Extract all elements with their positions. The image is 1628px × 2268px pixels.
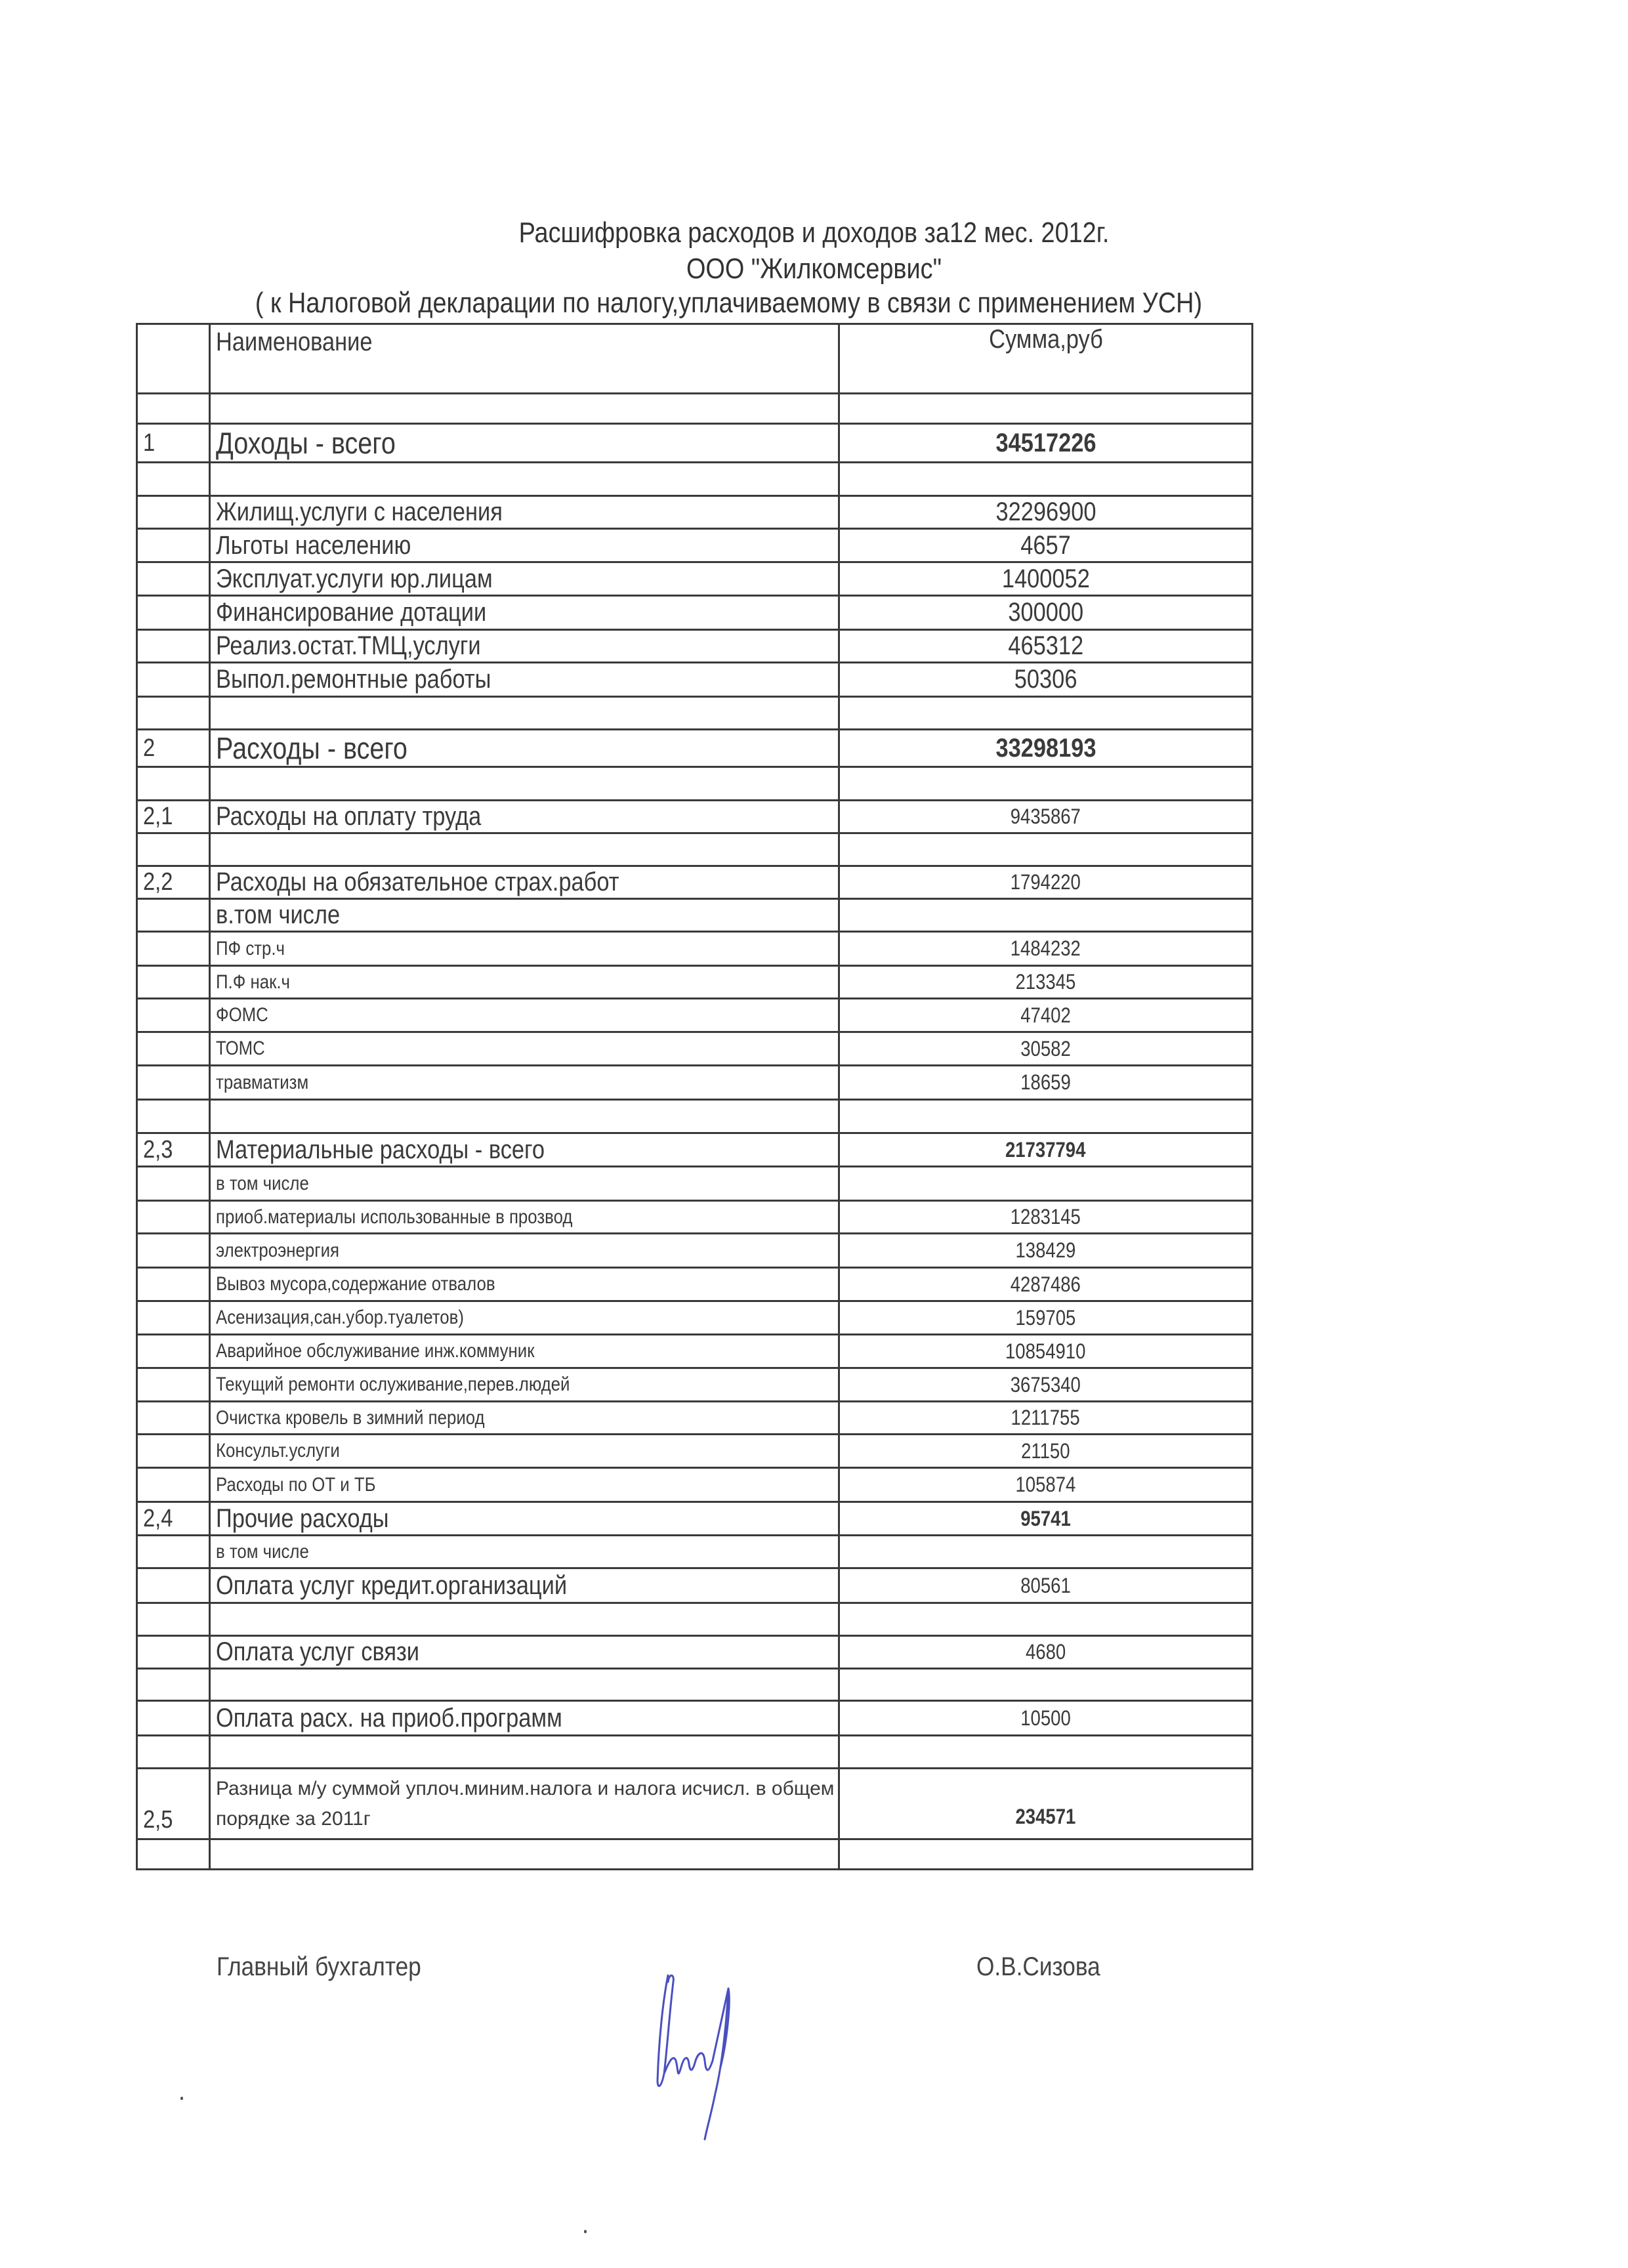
row-name: травматизм (210, 1066, 839, 1100)
row-name (210, 697, 839, 730)
row-name (210, 1839, 839, 1870)
row-name: Разница м/у суммой уплоч.миним.налога и … (210, 1769, 839, 1839)
table-row: 2,4Прочие расходы95741 (137, 1502, 1253, 1536)
row-number (137, 767, 210, 801)
row-name: Реализ.остат.ТМЦ,услуги (210, 630, 839, 663)
row-amount (839, 1100, 1253, 1133)
row-number (137, 833, 210, 866)
row-amount (839, 1736, 1253, 1769)
row-name: Оплата расх. на приоб.программ (210, 1701, 839, 1736)
row-name: ФОМС (210, 999, 839, 1032)
row-name: Материальные расходы - всего (210, 1133, 839, 1167)
signatory-role: Главный бухгалтер (217, 1952, 449, 1982)
row-amount: 3675340 (839, 1368, 1253, 1402)
table-row: Расходы по ОТ и ТБ105874 (137, 1468, 1253, 1502)
table-row: электроэнергия138429 (137, 1234, 1253, 1268)
row-number: 2,2 (137, 866, 210, 899)
row-number: 2,4 (137, 1502, 210, 1536)
row-amount (839, 1603, 1253, 1636)
table-row (137, 463, 1253, 496)
row-amount (839, 1167, 1253, 1201)
row-amount: 4657 (839, 529, 1253, 562)
row-name: Прочие расходы (210, 1502, 839, 1536)
row-number (137, 1568, 210, 1603)
row-amount: 4287486 (839, 1268, 1253, 1301)
row-number (137, 932, 210, 966)
row-amount: 1211755 (839, 1402, 1253, 1435)
document-title: Расшифровка расходов и доходов за12 мес.… (114, 217, 1514, 249)
table-row: Очистка кровель в зимний период1211755 (137, 1402, 1253, 1435)
table-row: 2,5Разница м/у суммой уплоч.миним.налога… (137, 1769, 1253, 1839)
table-row: 2,3Материальные расходы - всего21737794 (137, 1133, 1253, 1167)
row-number (137, 663, 210, 697)
row-name (210, 394, 839, 424)
row-amount: 30582 (839, 1032, 1253, 1066)
row-amount: 34517226 (839, 424, 1253, 463)
row-number (137, 1536, 210, 1568)
table-row: приоб.материалы использованные в прозвод… (137, 1201, 1253, 1234)
scan-speck (180, 2097, 183, 2100)
scan-speck (584, 2230, 587, 2233)
table-row: в том числе (137, 1536, 1253, 1568)
row-name: Расходы на оплату труда (210, 801, 839, 833)
row-amount: 138429 (839, 1234, 1253, 1268)
row-name: электроэнергия (210, 1234, 839, 1268)
table-row: ПФ стр.ч1484232 (137, 932, 1253, 966)
header-number-cell (137, 324, 210, 394)
row-number: 2,3 (137, 1133, 210, 1167)
row-name (210, 1603, 839, 1636)
row-name: Аварийное обслуживание инж.коммуник (210, 1335, 839, 1368)
table-row (137, 1669, 1253, 1701)
row-number (137, 562, 210, 596)
row-number: 1 (137, 424, 210, 463)
row-amount: 1794220 (839, 866, 1253, 899)
row-number (137, 1201, 210, 1234)
table-row: ТОМС30582 (137, 1032, 1253, 1066)
row-amount (839, 767, 1253, 801)
table-row: Консульт.услуги21150 (137, 1435, 1253, 1468)
row-number (137, 529, 210, 562)
row-number (137, 1301, 210, 1335)
row-amount: 10854910 (839, 1335, 1253, 1368)
row-amount: 21150 (839, 1435, 1253, 1468)
table-row: Эксплуат.услуги юр.лицам1400052 (137, 562, 1253, 596)
header-amount-cell: Сумма,руб (839, 324, 1253, 394)
table-row (137, 1100, 1253, 1133)
table-row: Текущий ремонти ослуживание,перев.людей3… (137, 1368, 1253, 1402)
row-name: Расходы - всего (210, 730, 839, 767)
table-row: Вывоз мусора,содержание отвалов4287486 (137, 1268, 1253, 1301)
table-row: Оплата услуг кредит.организаций80561 (137, 1568, 1253, 1603)
row-name: Финансирование дотации (210, 596, 839, 630)
row-amount (839, 1536, 1253, 1568)
row-amount: 213345 (839, 966, 1253, 999)
income-expense-table: Наименование Сумма,руб 1Доходы - всего34… (136, 323, 1253, 1870)
row-amount: 105874 (839, 1468, 1253, 1502)
row-number (137, 1603, 210, 1636)
row-number (137, 1736, 210, 1769)
row-number: 2,5 (137, 1769, 210, 1839)
table-row: 2Расходы - всего33298193 (137, 730, 1253, 767)
table-header-row: Наименование Сумма,руб (137, 324, 1253, 394)
table-row: в том числе (137, 1167, 1253, 1201)
row-amount: 47402 (839, 999, 1253, 1032)
table-row: 1Доходы - всего34517226 (137, 424, 1253, 463)
row-amount (839, 394, 1253, 424)
table-row: Оплата расх. на приоб.программ10500 (137, 1701, 1253, 1736)
row-name: Вывоз мусора,содержание отвалов (210, 1268, 839, 1301)
table-row: 2,1Расходы на оплату труда9435867 (137, 801, 1253, 833)
row-number (137, 966, 210, 999)
table-row (137, 1839, 1253, 1870)
row-amount: 300000 (839, 596, 1253, 630)
row-name: Доходы - всего (210, 424, 839, 463)
row-amount: 32296900 (839, 496, 1253, 529)
row-number (137, 496, 210, 529)
row-number (137, 1167, 210, 1201)
row-name: приоб.материалы использованные в прозвод (210, 1201, 839, 1234)
row-number: 2 (137, 730, 210, 767)
table-row: Финансирование дотации300000 (137, 596, 1253, 630)
row-number (137, 1032, 210, 1066)
row-number (137, 899, 210, 932)
table-row: ФОМС47402 (137, 999, 1253, 1032)
row-name (210, 833, 839, 866)
row-number (137, 1335, 210, 1368)
row-name: Оплата услуг кредит.организаций (210, 1568, 839, 1603)
row-name (210, 767, 839, 801)
row-amount (839, 833, 1253, 866)
table-row: 2,2Расходы на обязательное страх.работ17… (137, 866, 1253, 899)
table-row: в.том числе (137, 899, 1253, 932)
row-name: Жилищ.услуги с населения (210, 496, 839, 529)
row-number (137, 999, 210, 1032)
table-row: Реализ.остат.ТМЦ,услуги465312 (137, 630, 1253, 663)
row-name (210, 1669, 839, 1701)
row-name: Расходы на обязательное страх.работ (210, 866, 839, 899)
table-row (137, 1736, 1253, 1769)
row-number (137, 1402, 210, 1435)
document-subtitle: ( к Налоговой декларации по налогу,уплач… (29, 287, 1429, 320)
row-name: Оплата услуг связи (210, 1636, 839, 1669)
row-amount: 18659 (839, 1066, 1253, 1100)
row-name: Очистка кровель в зимний период (210, 1402, 839, 1435)
row-number (137, 596, 210, 630)
row-name: Расходы по ОТ и ТБ (210, 1468, 839, 1502)
row-amount: 33298193 (839, 730, 1253, 767)
row-name: в.том числе (210, 899, 839, 932)
row-name: Текущий ремонти ослуживание,перев.людей (210, 1368, 839, 1402)
table-row: Льготы населению4657 (137, 529, 1253, 562)
row-amount: 9435867 (839, 801, 1253, 833)
row-name: ПФ стр.ч (210, 932, 839, 966)
row-name (210, 463, 839, 496)
signatory-name: О.В.Сизова (976, 1952, 1117, 1982)
row-name: Эксплуат.услуги юр.лицам (210, 562, 839, 596)
table-row: Жилищ.услуги с населения32296900 (137, 496, 1253, 529)
row-amount: 465312 (839, 630, 1253, 663)
row-number (137, 1234, 210, 1268)
row-name: Асенизация,сан.убор.туалетов) (210, 1301, 839, 1335)
table-row (137, 394, 1253, 424)
row-amount: 95741 (839, 1502, 1253, 1536)
row-amount: 234571 (839, 1769, 1253, 1839)
row-amount: 50306 (839, 663, 1253, 697)
company-name: ООО "Жилкомсервис" (114, 253, 1514, 285)
row-amount: 80561 (839, 1568, 1253, 1603)
row-name: ТОМС (210, 1032, 839, 1066)
table-row: Оплата услуг связи4680 (137, 1636, 1253, 1669)
row-name: Выпол.ремонтные работы (210, 663, 839, 697)
row-amount: 21737794 (839, 1133, 1253, 1167)
row-number (137, 1268, 210, 1301)
table-row (137, 697, 1253, 730)
row-number: 2,1 (137, 801, 210, 833)
row-number (137, 1435, 210, 1468)
row-name (210, 1736, 839, 1769)
row-amount (839, 1839, 1253, 1870)
row-number (137, 1636, 210, 1669)
header-name-cell: Наименование (210, 324, 839, 394)
row-amount: 1283145 (839, 1201, 1253, 1234)
row-amount (839, 1669, 1253, 1701)
table-row: травматизм18659 (137, 1066, 1253, 1100)
row-name: Льготы населению (210, 529, 839, 562)
row-amount: 159705 (839, 1301, 1253, 1335)
table-row: Асенизация,сан.убор.туалетов)159705 (137, 1301, 1253, 1335)
row-amount: 1400052 (839, 562, 1253, 596)
row-name: в том числе (210, 1167, 839, 1201)
table-row (137, 767, 1253, 801)
row-amount: 4680 (839, 1636, 1253, 1669)
signature-icon (650, 1962, 794, 2146)
row-number (137, 1468, 210, 1502)
row-amount (839, 697, 1253, 730)
table-row: Выпол.ремонтные работы50306 (137, 663, 1253, 697)
row-amount: 10500 (839, 1701, 1253, 1736)
row-amount (839, 899, 1253, 932)
row-amount (839, 463, 1253, 496)
row-number (137, 630, 210, 663)
row-amount: 1484232 (839, 932, 1253, 966)
row-number (137, 697, 210, 730)
row-number (137, 1066, 210, 1100)
table-row (137, 833, 1253, 866)
row-number (137, 1839, 210, 1870)
row-name: в том числе (210, 1536, 839, 1568)
row-number (137, 394, 210, 424)
row-number (137, 1100, 210, 1133)
table-row (137, 1603, 1253, 1636)
row-name: Консульт.услуги (210, 1435, 839, 1468)
row-number (137, 1701, 210, 1736)
row-number (137, 1669, 210, 1701)
row-number (137, 463, 210, 496)
row-name: П.Ф нак.ч (210, 966, 839, 999)
row-number (137, 1368, 210, 1402)
table-row: П.Ф нак.ч213345 (137, 966, 1253, 999)
table-row: Аварийное обслуживание инж.коммуник10854… (137, 1335, 1253, 1368)
row-name (210, 1100, 839, 1133)
